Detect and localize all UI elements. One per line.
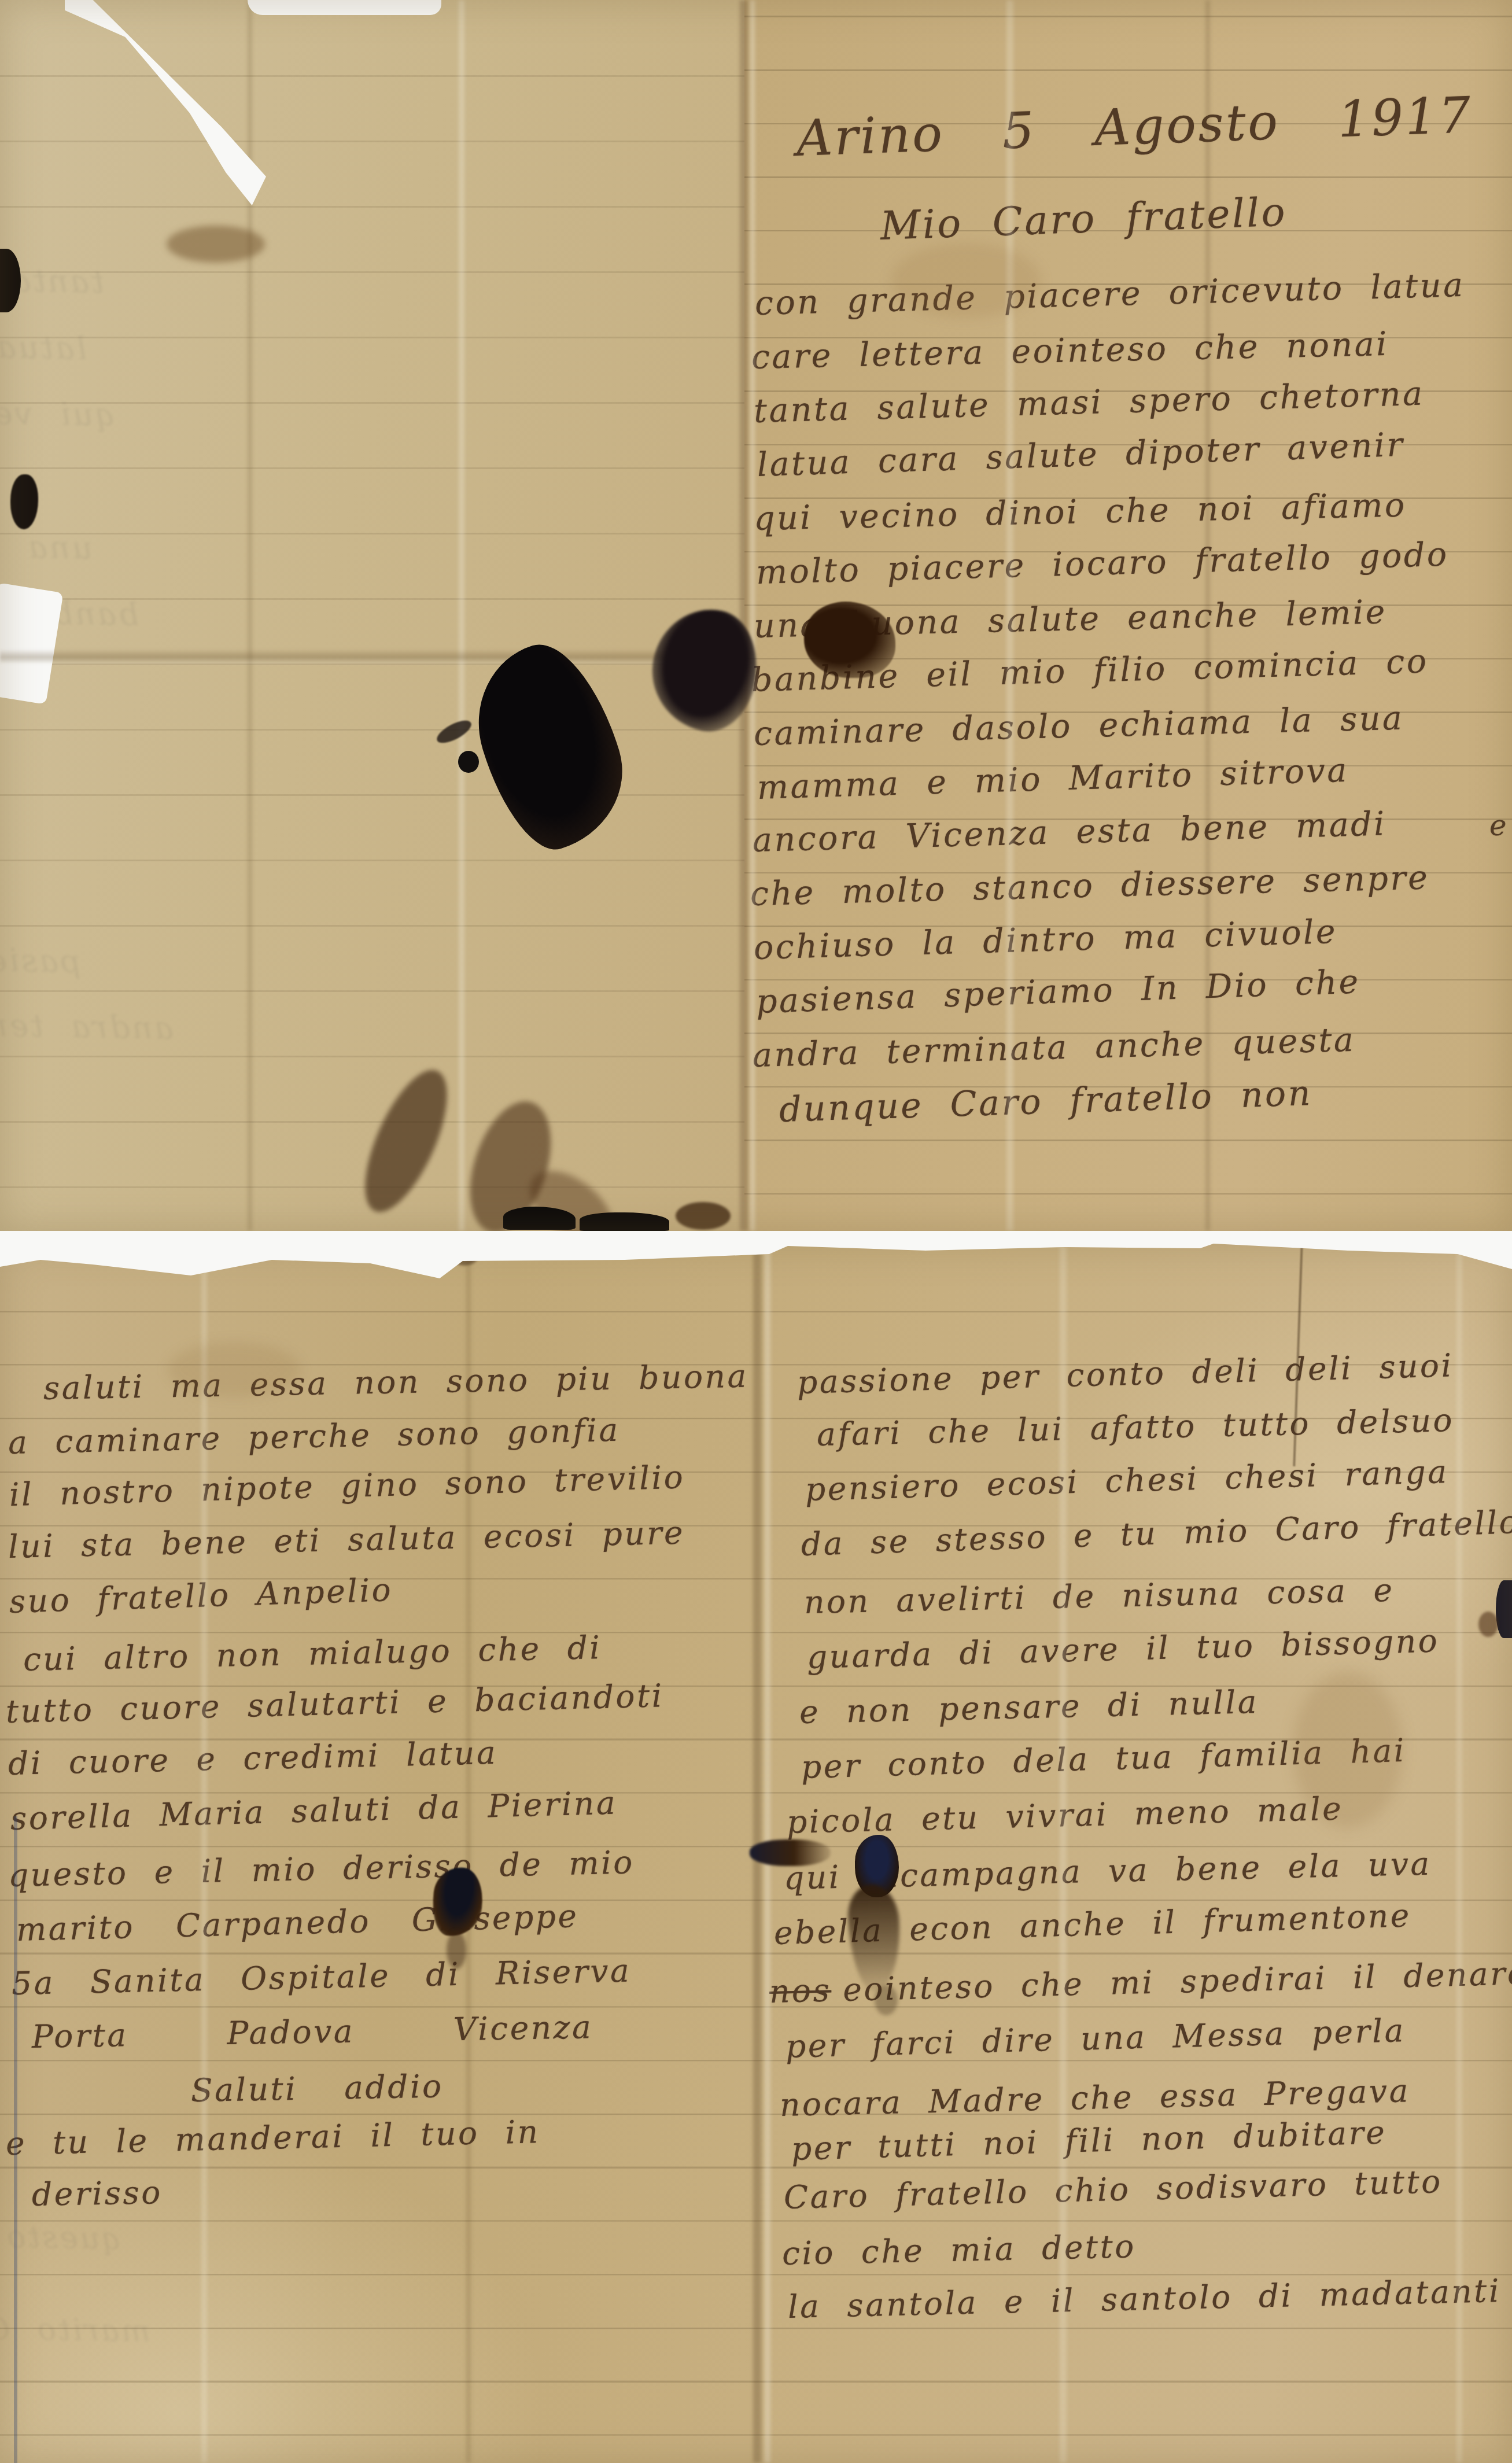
handwritten-line: andra terminata anche questa	[752, 1021, 1356, 1075]
line-text: ancora Vicenza esta bene madi	[752, 805, 1387, 860]
line-text: eointeso che mi spedirai il denaro	[842, 1955, 1512, 2008]
bleed-through-line: pasiensa speriamo In Dio che	[0, 932, 82, 980]
line-text: per tutti noi fili non dubitare	[791, 2114, 1387, 2167]
handwritten-line: qui lacampagna va bene ela uva	[783, 1845, 1432, 1897]
line-text: che molto stanco diessere senpre	[750, 858, 1430, 913]
page1-left-blank: tanta salute masi spero chetornalatua ca…	[0, 0, 744, 1231]
line-text: sorella Maria saluti da Pierina	[10, 1784, 618, 1837]
line-text: mamma e mio Marito sitrova	[757, 751, 1349, 807]
handwritten-line: questo e il mio derisso de mio	[8, 1843, 635, 1894]
handwritten-line: dunque Caro fratello non	[779, 1073, 1313, 1130]
line-text: andra terminata anche questa	[752, 1021, 1356, 1075]
line-text: tanta salute masi spero chetorna	[0, 252, 105, 300]
handwritten-line: 5a Sanita Ospitale di Riserva	[11, 1952, 632, 2002]
handwritten-line: per farci dire una Messa perla	[785, 2012, 1406, 2065]
bleed-through-line: latua cara salute dipoter avenir	[0, 319, 87, 367]
line-text: banbine eil mio filio comincia co	[751, 642, 1429, 699]
line-text: per conto dela tua familia hai	[801, 1732, 1407, 1786]
line-text: il nostro nipote gino sono trevilio	[9, 1458, 685, 1513]
handwritten-line: caminare dasolo echiama la sua	[753, 699, 1404, 753]
bleed-through-line: una buona salute eanche lemie	[0, 518, 93, 566]
scan-sheet-2: saluti ma essa non sono piu buonaa camin…	[0, 1244, 1512, 2463]
handwritten-line: di cuore e credimi latua	[8, 1734, 498, 1782]
line-text: 5a Sanita Ospitale di Riserva	[11, 1952, 632, 2002]
handwritten-line: banbine eil mio filio comincia co	[751, 642, 1429, 699]
line-text: banbine eil mio filio comincia co	[0, 584, 139, 633]
handwritten-line: non avelirti de nisuna cosa e	[803, 1572, 1395, 1621]
line-text: andra terminata anche questa	[0, 999, 174, 1046]
page2-paper: saluti ma essa non sono piu buonaa camin…	[0, 1244, 1512, 2463]
handwritten-line: tutto cuore salutarti e baciandoti	[5, 1677, 664, 1730]
handwritten-line: e non pensare di nulla	[799, 1683, 1259, 1731]
handwritten-line: cui altro non mialugo che di	[23, 1629, 602, 1678]
line-text: qui vecino dinoi che noi afiamo	[0, 385, 116, 433]
letter-page-2-right-text: passione per conto deli deli suoiafari c…	[752, 1244, 1512, 2463]
line-text: e tu le manderai il tuo in	[5, 2113, 540, 2162]
handwritten-line: tanta salute masi spero chetorna	[753, 375, 1425, 430]
line-text: molto piacere iocaro fratello godo	[755, 536, 1449, 592]
bleed-through-line: banbine eil mio filio comincia co	[0, 584, 139, 633]
bleed-through-line: qui vecino dinoi che noi afiamo	[0, 385, 116, 433]
line-text: qui vecino dinoi che noi afiamo	[753, 486, 1407, 538]
handwritten-line: sorella Maria saluti da Pierina	[10, 1784, 618, 1837]
handwritten-line: per conto dela tua familia hai	[801, 1732, 1407, 1786]
handwritten-line: con grande piacere oricevuto latua	[754, 266, 1465, 323]
line-text: saluti ma essa non sono piu buona	[43, 1358, 748, 1407]
line-text: e non pensare di nulla	[799, 1683, 1259, 1731]
line-text: Caro fratello chio sodisvaro tutto	[783, 2163, 1443, 2216]
line-text: cio che mia detto	[781, 2228, 1136, 2272]
handwritten-line: care lettera eointeso che nonai	[751, 325, 1389, 377]
line-text: marito Carpanedo Giuseppe	[16, 1897, 579, 1948]
line-text: guarda di avere il tuo bissogno	[806, 1622, 1440, 1676]
handwritten-line: il nostro nipote gino sono trevilio	[9, 1458, 685, 1513]
handwritten-line: suo fratello Anpelio	[9, 1571, 393, 1620]
line-text: ebella econ anche il frumentone	[773, 1897, 1412, 1952]
handwritten-line: guarda di avere il tuo bissogno	[806, 1622, 1440, 1676]
line-text: la santola e il santolo di madatanti	[787, 2272, 1501, 2325]
handwritten-line: noseointeso che mi spedirai il denaro	[769, 1955, 1512, 2010]
line-text: una buona salute eanche lemie	[0, 518, 93, 566]
handwritten-line: molto piacere iocaro fratello godo	[755, 536, 1449, 592]
handwritten-line: cio che mia detto	[781, 2228, 1136, 2272]
handwritten-line: pensiero ecosi chesi chesi ranga	[805, 1453, 1449, 1508]
line-text: cui altro non mialugo che di	[23, 1629, 602, 1678]
handwritten-line: Caro fratello chio sodisvaro tutto	[783, 2163, 1443, 2216]
handwritten-line: Arino 5 Agosto 1917	[795, 86, 1473, 168]
line-text: Arino 5 Agosto 1917	[795, 86, 1473, 168]
handwritten-line: lui sta bene eti saluta ecosi pure	[8, 1514, 685, 1565]
scanned-letter: tanta salute masi spero chetornalatua ca…	[0, 0, 1512, 2463]
handwritten-line: marito Carpanedo Giuseppe	[16, 1897, 579, 1948]
handwritten-line: ochiuso la dintro ma civuole	[753, 913, 1338, 967]
handwritten-line: passione per conto deli deli suoi	[796, 1347, 1454, 1401]
handwritten-line: saluti ma essa non sono piu buona	[43, 1358, 748, 1407]
line-text: pensiero ecosi chesi chesi ranga	[805, 1453, 1449, 1508]
handwritten-line: pasiensa speriamo In Dio che	[755, 963, 1361, 1021]
handwritten-line: ebella econ anche il frumentone	[773, 1897, 1412, 1952]
line-text: picola etu vivrai meno male	[786, 1790, 1344, 1840]
line-text: ochiuso la dintro ma civuole	[753, 913, 1338, 967]
handwritten-line: Saluti addio	[190, 2067, 444, 2109]
line-text: di cuore e credimi latua	[8, 1734, 498, 1782]
line-text: da se stesso e tu mio Caro fratello	[801, 1503, 1512, 1563]
struck-word: nos	[769, 1971, 832, 2010]
handwritten-line: una buona salute eanche lemie	[753, 593, 1387, 646]
line-text: con grande piacere oricevuto latua	[754, 266, 1465, 323]
page1-right-written: Arino 5 Agosto 1917Mio Caro fratellocon …	[744, 0, 1512, 1231]
line-text: pasiensa speriamo In Dio che	[755, 963, 1361, 1021]
line-text: a caminare perche sono gonfia	[8, 1411, 620, 1461]
line-text: Mio Caro fratello	[880, 189, 1288, 249]
line-text: tutto cuore salutarti e baciandoti	[5, 1677, 664, 1730]
line-text: pasiensa speriamo In Dio che	[0, 932, 82, 980]
handwritten-line: ancora Vicenza esta bene madi	[752, 805, 1387, 860]
line-text: Saluti addio	[190, 2067, 444, 2109]
line-text: dunque Caro fratello non	[779, 1073, 1313, 1130]
handwritten-line: latua cara salute dipoter avenir	[757, 426, 1405, 484]
handwritten-line: da se stesso e tu mio Caro fratello	[801, 1503, 1512, 1563]
scan-sheet-1: tanta salute masi spero chetornalatua ca…	[0, 0, 1512, 1231]
handwritten-line: Mio Caro fratello	[880, 189, 1288, 249]
line-text: caminare dasolo echiama la sua	[753, 699, 1404, 753]
line-text: lui sta bene eti saluta ecosi pure	[8, 1514, 685, 1565]
bleed-through-line: andra terminata anche questa	[0, 999, 174, 1046]
line-text: qui lacampagna va bene ela uva	[783, 1845, 1432, 1897]
line-text: suo fratello Anpelio	[9, 1571, 393, 1620]
handwritten-line: per tutti noi fili non dubitare	[791, 2114, 1387, 2167]
handwritten-line: picola etu vivrai meno male	[786, 1790, 1344, 1840]
handwritten-line: la santola e il santolo di madatanti	[787, 2272, 1501, 2325]
handwritten-line: e	[1489, 809, 1509, 842]
handwritten-line: che molto stanco diessere senpre	[750, 858, 1430, 913]
line-text: care lettera eointeso che nonai	[751, 325, 1389, 377]
line-text: questo e il mio derisso de mio	[8, 1843, 635, 1894]
handwritten-line: e tu le manderai il tuo in	[5, 2113, 540, 2162]
handwritten-line: a caminare perche sono gonfia	[8, 1411, 620, 1461]
line-text: per farci dire una Messa perla	[785, 2012, 1406, 2065]
line-text: una buona salute eanche lemie	[753, 593, 1387, 646]
line-text: latua cara salute dipoter avenir	[0, 319, 87, 367]
line-text: tanta salute masi spero chetorna	[753, 375, 1425, 430]
line-text: derisso	[31, 2174, 163, 2213]
handwritten-line: afari che lui afatto tutto delsuo	[816, 1402, 1454, 1453]
handwritten-line: mamma e mio Marito sitrova	[757, 751, 1349, 807]
line-text: e	[1489, 809, 1509, 842]
line-text: afari che lui afatto tutto delsuo	[816, 1402, 1454, 1453]
handwritten-line: Porta Padova Vicenza	[31, 2008, 593, 2055]
line-text: passione per conto deli deli suoi	[796, 1347, 1454, 1401]
letter-page-2-left-text: saluti ma essa non sono piu buonaa camin…	[0, 1244, 752, 2463]
line-text: latua cara salute dipoter avenir	[757, 426, 1405, 484]
line-text: Porta Padova Vicenza	[31, 2008, 593, 2055]
line-text: non avelirti de nisuna cosa e	[803, 1572, 1395, 1621]
handwritten-line: qui vecino dinoi che noi afiamo	[753, 486, 1407, 538]
handwritten-line: derisso	[31, 2174, 163, 2213]
bleed-through-line: tanta salute masi spero chetorna	[0, 252, 105, 300]
